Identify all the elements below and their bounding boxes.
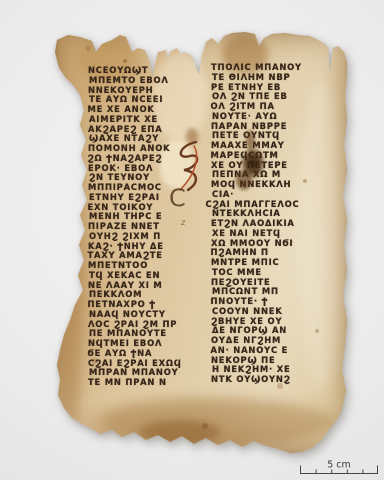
text-line: ϬΕ ΑΥΩ ϮΝΑ bbox=[88, 349, 198, 359]
text-line: ΟΥΗϨ ϨΙΧΜ Π bbox=[89, 232, 199, 242]
enlarged-initial: Ϲ bbox=[169, 186, 186, 210]
text-line: ΠΕΠΝΑ ΧΩ Μ bbox=[212, 170, 322, 180]
ink-blotch-small bbox=[236, 170, 252, 190]
text-line: ΜΠΕΜΤΟ ΕΒΟΛ bbox=[89, 76, 199, 86]
stain-left-edge bbox=[58, 90, 84, 420]
text-line: ΔΕ ΝΓΟΡϢ ΑΝ bbox=[212, 326, 322, 336]
text-line: ΝΑΑϤ ΝΟΥCΤΥ bbox=[89, 310, 199, 320]
manuscript-leaf-shadow: ϙ ΝCΕΟΥΩϢΤΜΠΕΜΤΟ ΕΒΟΛΝΝΕΚΟΥΕΡΗΤΕ ΑΥΩ ΝCΕ… bbox=[0, 0, 384, 480]
text-line: ΝΤΕΚΚΛΗCΙΑ bbox=[212, 209, 322, 219]
stain-bottom-band bbox=[100, 398, 335, 446]
text-line: ΤΕ ΜΝ ΠΡΑΝ Ν bbox=[88, 378, 198, 388]
text-line: ΠΕΤΕ ΟΥΝΤϤ bbox=[212, 131, 322, 141]
gutter-mark: z bbox=[181, 218, 185, 227]
scale-bar-label: 5 cm bbox=[327, 460, 351, 471]
stain-bottom-spot bbox=[140, 420, 220, 444]
folio-number: ϙ bbox=[86, 44, 91, 52]
text-line: ΑΙΜΕΡΙΤΚ ΧΕ bbox=[89, 115, 199, 125]
text-line: ΤΟC ΜΜΕ bbox=[212, 268, 322, 278]
text-line: ΠΕ ΜΠΑΝΟΥΤΕ bbox=[89, 329, 199, 339]
dirt-specks bbox=[54, 30, 56, 32]
text-line: ΜΠΡΑΝ ΜΠΑΝΟΥ bbox=[89, 368, 199, 378]
text-line: Η ΝΕΚϨΗΜ· ΧΕ bbox=[212, 365, 322, 375]
text-line: ΤΕ ΘΙΛΗΜ ΝΒΡ bbox=[212, 73, 322, 83]
scale-bar: 5 cm bbox=[296, 457, 382, 479]
text-line: ΑΝ· ΝΑΝΟΥC Ε bbox=[211, 346, 321, 356]
text-line: ΝΤΚ ΟΥϢΟΥΝϨ bbox=[211, 375, 321, 385]
manuscript-leaf: ϙ ΝCΕΟΥΩϢΤΜΠΕΜΤΟ ΕΒΟΛΝΝΕΚΟΥΕΡΗΤΕ ΑΥΩ ΝCΕ… bbox=[54, 30, 350, 456]
text-line: ΠϨΑΜΗΝ Π bbox=[211, 248, 321, 258]
text-line: ΤΑΧΥ ΑΜΑϨΤΕ bbox=[88, 251, 198, 261]
photograph: ϙ ΝCΕΟΥΩϢΤΜΠΕΜΤΟ ΕΒΟΛΝΝΕΚΟΥΕΡΗΤΕ ΑΥΩ ΝCΕ… bbox=[0, 0, 384, 480]
text-line: ΤϤ ΧΕΚΑC ΕΝ bbox=[89, 271, 199, 281]
text-line: COΟΥΝ ΝΝΕΚ bbox=[212, 307, 322, 317]
text-line: ΧΕ ΝΑΙ ΝΕΤϤ bbox=[212, 229, 322, 239]
text-column-right: ΤΠΟΛΙC ΜΠΑΝΟΥΤΕ ΘΙΛΗΜ ΝΒΡΡΕ ΕΤΝΗΥ ΕΒΟΛ Ϩ… bbox=[211, 63, 321, 385]
text-line: ΝΟΥΤΕ· ΑΥΩ bbox=[212, 112, 322, 122]
